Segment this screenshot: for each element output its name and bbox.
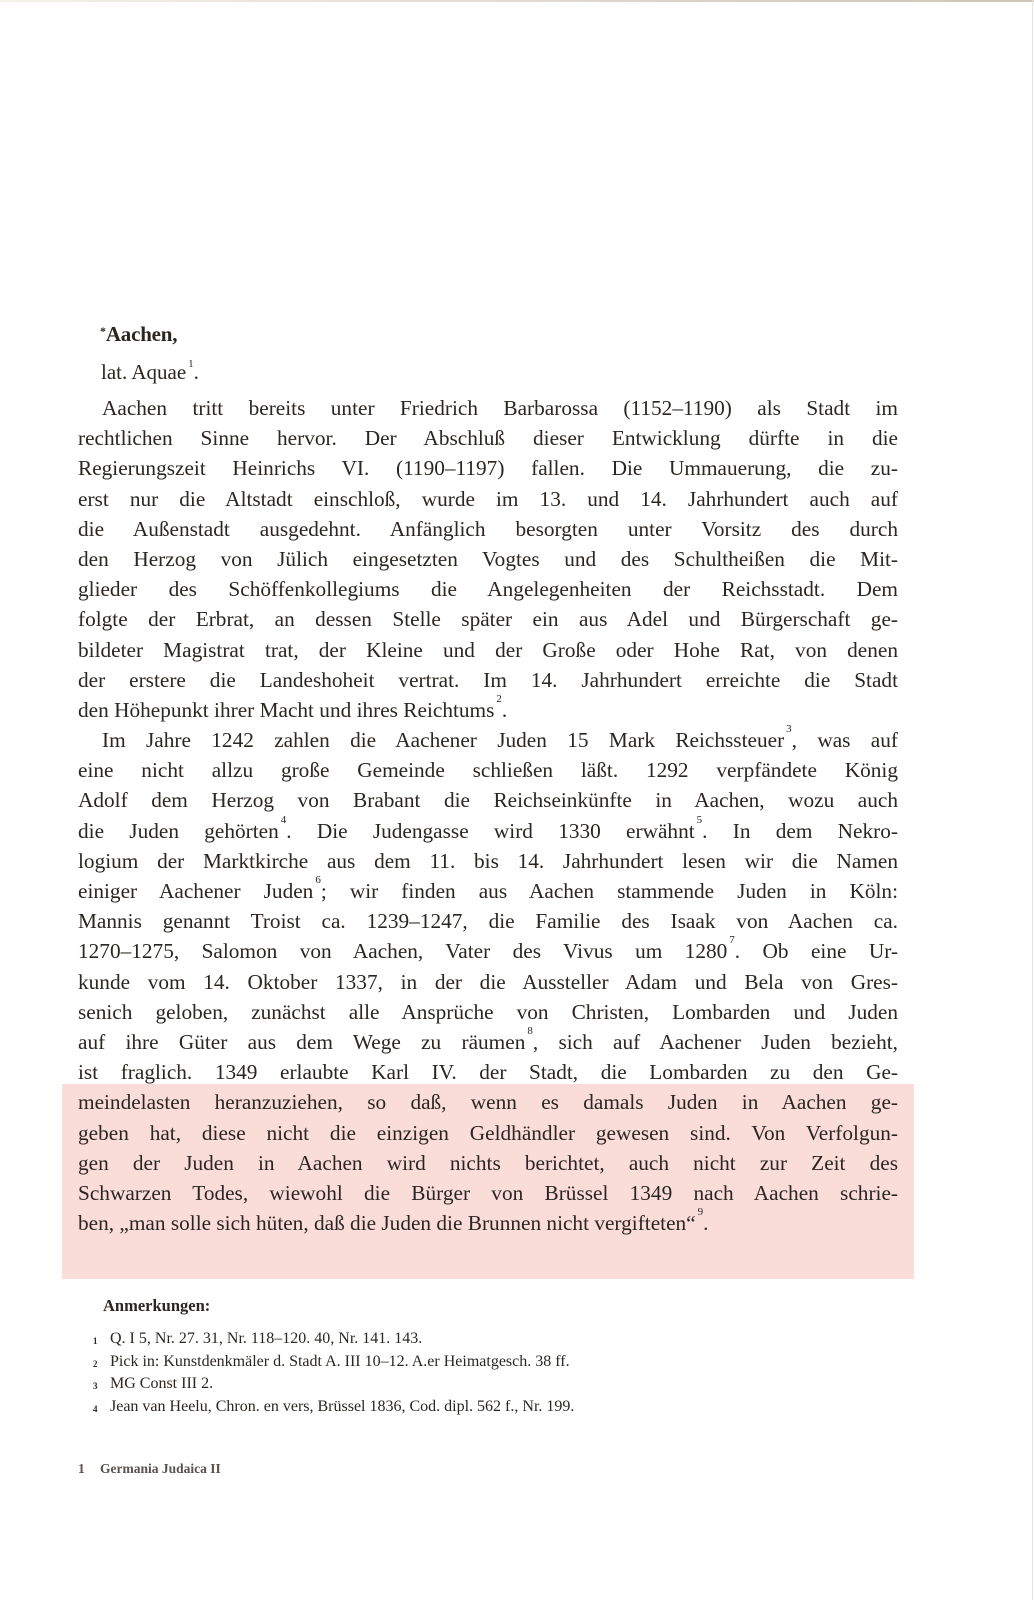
text-fragment: , sich auf Aachener Juden bezieht, xyxy=(533,1030,898,1054)
footnote-ref[interactable]: 2 xyxy=(496,693,502,705)
footnotes-list: 1Q. I 5, Nr. 27. 31, Nr. 118–120. 40, Nr… xyxy=(93,1328,574,1419)
text-line: erst nur die Altstadt einschloß, wurde i… xyxy=(78,484,898,514)
highlighted-text-line: meindelasten heranzuziehen, so daß, wenn… xyxy=(78,1087,898,1117)
text-line: Adolf dem Herzog von Brabant die Reichse… xyxy=(78,785,898,815)
text-fragment: ben, „man solle sich hüten, daß die Jude… xyxy=(78,1211,696,1235)
text-line: rechtlichen Sinne hervor. Der Abschluß d… xyxy=(78,423,898,453)
page-footer: 1Germania Judaica II xyxy=(78,1461,221,1477)
text-line: Im Jahre 1242 zahlen die Aachener Juden … xyxy=(78,725,898,755)
highlighted-text-line: geben hat, diese nicht die einzigen Geld… xyxy=(78,1118,898,1148)
footnote-ref[interactable]: 3 xyxy=(786,723,792,735)
punctuation: . xyxy=(194,360,199,384)
text-fragment: . In dem Nekro- xyxy=(702,819,898,843)
text-line: kunde vom 14. Oktober 1337, in der die A… xyxy=(78,967,898,997)
footnote-ref[interactable]: 4 xyxy=(281,814,287,826)
highlighted-text-line: ben, „man solle sich hüten, daß die Jude… xyxy=(78,1208,898,1238)
page-edge-top xyxy=(0,0,1034,2)
page-number: 1 xyxy=(78,1461,100,1477)
footnote-number: 3 xyxy=(93,1375,110,1398)
footnote-item: 2Pick in: Kunstdenkmäler d. Stadt A. III… xyxy=(93,1351,574,1374)
highlighted-text-line: ist fraglich. 1349 erlaubte Karl IV. der… xyxy=(78,1057,898,1087)
footnote-number: 4 xyxy=(93,1398,110,1421)
footnote-ref[interactable]: 9 xyxy=(698,1206,704,1218)
running-title: Germania Judaica II xyxy=(100,1461,221,1476)
latin-name: lat. Aquae1. xyxy=(101,360,199,385)
notes-heading: Anmerkungen: xyxy=(103,1296,210,1316)
asterisk-marker: * xyxy=(100,324,106,338)
highlighted-text-line: Schwarzen Todes, wiewohl die Bürger von … xyxy=(78,1178,898,1208)
text-line: auf ihre Güter aus dem Wege zu räumen8, … xyxy=(78,1027,898,1057)
text-fragment: 1270–1275, Salomon von Aachen, Vater des… xyxy=(78,939,727,963)
text-fragment: . Ob eine Ur- xyxy=(735,939,898,963)
footnote-number: 1 xyxy=(93,1330,110,1353)
text-line: Aachen tritt bereits unter Friedrich Bar… xyxy=(78,393,898,423)
text-fragment: auf ihre Güter aus dem Wege zu räumen xyxy=(78,1030,525,1054)
text-line: den Höhepunkt ihrer Macht und ihres Reic… xyxy=(78,695,898,725)
footnote-ref[interactable]: 6 xyxy=(315,874,321,886)
text-line: senich geloben, zunächst alle Ansprüche … xyxy=(78,997,898,1027)
punctuation: . xyxy=(703,1211,708,1235)
footnote-text: MG Const III 2. xyxy=(110,1375,213,1392)
text-line: einiger Aachener Juden6; wir finden aus … xyxy=(78,876,898,906)
text-line: glieder des Schöffenkollegiums die Angel… xyxy=(78,574,898,604)
text-line: die Juden gehörten4. Die Judengasse wird… xyxy=(78,816,898,846)
footnote-text: Q. I 5, Nr. 27. 31, Nr. 118–120. 40, Nr.… xyxy=(110,1330,422,1347)
text-line: Regierungszeit Heinrichs VI. (1190–1197)… xyxy=(78,453,898,483)
text-fragment: . Die Judengasse wird 1330 erwähnt xyxy=(286,819,694,843)
footnote-ref[interactable]: 7 xyxy=(729,934,735,946)
entry-title: Aachen, xyxy=(106,322,178,346)
text-line: Mannis genannt Troist ca. 1239–1247, die… xyxy=(78,906,898,936)
footnote-ref[interactable]: 5 xyxy=(697,814,703,826)
text-line: die Außenstadt ausgedehnt. Anfänglich be… xyxy=(78,514,898,544)
footnote-text: Jean van Heelu, Chron. en vers, Brüssel … xyxy=(110,1398,574,1415)
footnote-item: 1Q. I 5, Nr. 27. 31, Nr. 118–120. 40, Nr… xyxy=(93,1328,574,1351)
footnote-ref[interactable]: 8 xyxy=(527,1025,533,1037)
page-edge-right xyxy=(1032,0,1033,1600)
footnote-item: 4Jean van Heelu, Chron. en vers, Brüssel… xyxy=(93,1396,574,1419)
text-fragment: ; wir finden aus Aachen stammende Juden … xyxy=(321,879,898,903)
footnote-number: 2 xyxy=(93,1353,110,1376)
text-fragment: Im Jahre 1242 zahlen die Aachener Juden … xyxy=(102,728,784,752)
text-fragment: , was auf xyxy=(792,728,898,752)
entry-heading: *Aachen, xyxy=(100,322,177,347)
text-fragment: einiger Aachener Juden xyxy=(78,879,313,903)
latin-name-text: lat. Aquae xyxy=(101,360,186,384)
footnote-item: 3MG Const III 2. xyxy=(93,1373,574,1396)
text-line: logium der Marktkirche aus dem 11. bis 1… xyxy=(78,846,898,876)
text-fragment: den Höhepunkt ihrer Macht und ihres Reic… xyxy=(78,698,494,722)
text-line: eine nicht allzu große Gemeinde schließe… xyxy=(78,755,898,785)
footnote-text: Pick in: Kunstdenkmäler d. Stadt A. III … xyxy=(110,1353,570,1370)
text-line: bildeter Magistrat trat, der Kleine und … xyxy=(78,635,898,665)
text-line: folgte der Erbrat, an dessen Stelle spät… xyxy=(78,604,898,634)
text-fragment: die Juden gehörten xyxy=(78,819,279,843)
punctuation: . xyxy=(502,698,507,722)
text-line: 1270–1275, Salomon von Aachen, Vater des… xyxy=(78,936,898,966)
text-line: den Herzog von Jülich eingesetzten Vogte… xyxy=(78,544,898,574)
highlighted-text-line: gen der Juden in Aachen wird nichts beri… xyxy=(78,1148,898,1178)
body-text: Aachen tritt bereits unter Friedrich Bar… xyxy=(78,393,898,1238)
footnote-ref[interactable]: 1 xyxy=(188,358,194,370)
text-line: der erstere die Landeshoheit vertrat. Im… xyxy=(78,665,898,695)
